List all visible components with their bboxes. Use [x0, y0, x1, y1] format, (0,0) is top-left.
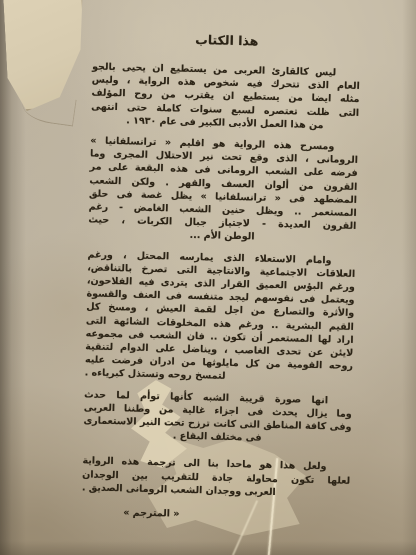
right-edge-shadow [402, 0, 416, 555]
paragraph-4: انها صورة قريبة الشبه كأنها توأم لما حدث… [83, 388, 352, 447]
paragraph-1: ليس كالقارئ العربى من يستطيع ان يحيى بال… [91, 60, 361, 133]
bottom-edge-shadow [0, 541, 416, 555]
page-title: هذا الكتاب [93, 29, 361, 52]
scanned-book-page: هذا الكتاب ليس كالقارئ العربى من يستطيع … [0, 0, 416, 555]
page-text-block: هذا الكتاب ليس كالقارئ العربى من يستطيع … [81, 29, 361, 525]
paragraph-5: ولعل هذا هو ماحدا بنا الى ترجمة هذه الرو… [82, 455, 351, 501]
paragraph-2: ومسرح هذه الرواية هو اقليم « ترانسلفانيا… [88, 134, 359, 246]
paragraph-3: وامام الاستعلاء الذى يمارسه المحتل ، ورغ… [85, 248, 356, 387]
